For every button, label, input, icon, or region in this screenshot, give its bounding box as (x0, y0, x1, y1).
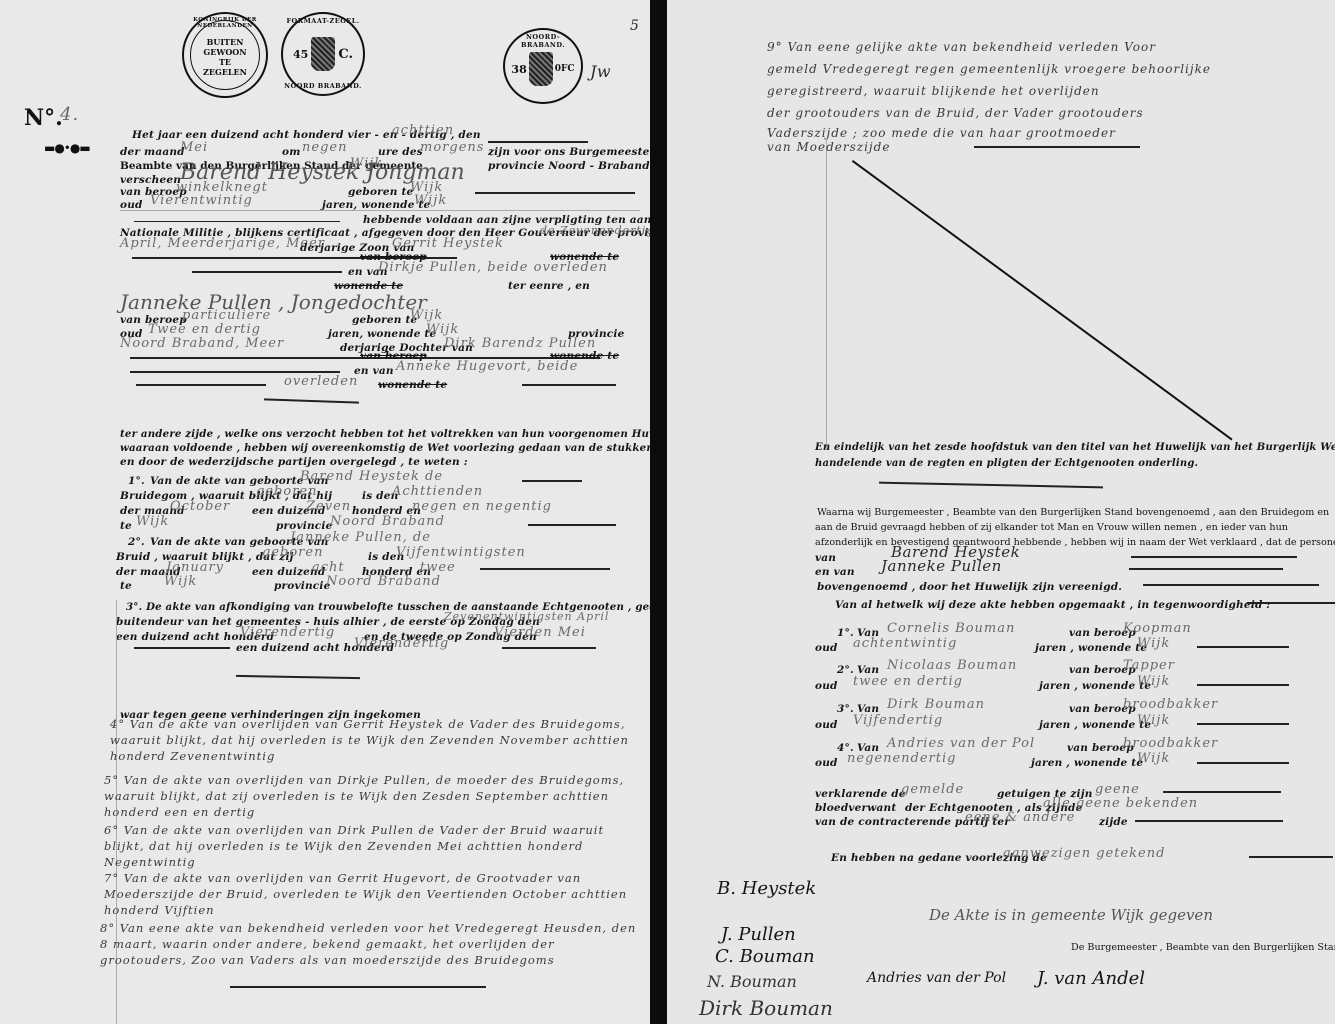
fill-line (136, 384, 266, 386)
bride-age: Twee en dertig (148, 322, 261, 337)
signature-mayor: J. van Andel (1037, 968, 1145, 989)
handwritten-text: negen en negentig (412, 499, 552, 514)
witness-name: Dirk Bouman (887, 697, 985, 712)
item-number: 2°. (128, 536, 145, 548)
handwritten-hour: negen (302, 140, 347, 155)
handwritten-text: eene & andere (965, 810, 1075, 825)
witness-number: 2°. (837, 664, 854, 676)
stamp-value: 45 (293, 48, 308, 61)
bride-father: Dirk Barendz Pullen (444, 336, 596, 351)
ornament-icon: ▬●•●▬ (44, 141, 90, 155)
label: bloedverwant (815, 802, 896, 814)
label: jaren , wonende te (1031, 757, 1143, 769)
signature-witness-3: Dirk Bouman (699, 996, 833, 1020)
witness-age: Vijfendertig (853, 713, 943, 728)
witness-age: achtentwintig (853, 636, 957, 651)
handwritten-text: Noord Braband (330, 514, 445, 529)
handwritten-line: 9° Van eene gelijke akte van bekendheid … (767, 40, 1156, 54)
fill-line (130, 371, 340, 373)
label: jaren, wonende te (328, 328, 436, 340)
fill-line (134, 221, 340, 222)
handwritten-text: Vierendertig (354, 636, 449, 651)
handwritten-item-6: 6° Van de akte van overlijden van Dirk P… (104, 822, 640, 870)
fill-line (522, 480, 582, 482)
handwritten-time: morgens (420, 140, 484, 155)
stamp-buitengewoon-te-zegelen: KONINGRIJK DER NEDERLANDEN BUITEN GEWOON… (182, 12, 268, 98)
groom-mother: Dirkje Pullen, beide overleden (378, 260, 608, 275)
fill-line (1197, 646, 1289, 648)
fill-line (264, 398, 359, 403)
item-text: provincie (274, 580, 330, 592)
signature-witness-4: Andries van der Pol (867, 970, 1006, 986)
handwritten-text: Vierendertig (240, 625, 335, 640)
handwritten-text: overleden (284, 374, 358, 389)
fill-line (1197, 723, 1289, 725)
label: jaren , wonende te (1039, 719, 1151, 731)
label: oud (815, 757, 838, 769)
fill-line (974, 146, 1140, 148)
fill-line (1247, 602, 1335, 604)
stamp-value: 0FC (555, 64, 575, 74)
record-number-label: N°. (24, 105, 63, 131)
label: jaren , wonende te (1035, 642, 1147, 654)
handwritten-month: Mei (180, 140, 208, 155)
label: geboren te (348, 186, 413, 198)
witness-age: twee en dertig (853, 674, 963, 689)
header-line: provincie Noord - Braband , (488, 160, 652, 172)
handwritten-text: Noord Braband, Meer (120, 336, 284, 351)
stamp-ring-text: KONINGRIJK DER NEDERLANDEN (184, 17, 266, 29)
bride-birthplace: Wijk (410, 308, 443, 323)
fill-line (236, 675, 360, 679)
declared-bride: Janneke Pullen (881, 557, 1002, 575)
header-line: ure des (378, 146, 423, 158)
declaration-text: bovengenoemd , door het Huwelijk zijn ve… (817, 581, 1122, 593)
request-text: ter andere zijde , welke ons verzocht he… (120, 428, 652, 440)
witness-number: 1°. (837, 627, 854, 639)
fill-line (528, 524, 616, 526)
handwritten-text: geboren (262, 545, 323, 560)
handwritten-text: de Zevenendertig (540, 224, 652, 237)
witness-residence: Wijk (1137, 713, 1170, 728)
label: ter eenre , en (508, 280, 590, 292)
bride-name: Janneke Pullen , Jongedochter (120, 290, 427, 314)
item-text: te (120, 580, 132, 592)
fill-line (488, 141, 588, 143)
fill-line (502, 647, 596, 649)
label: zijde (1099, 816, 1128, 828)
handwritten-text: acht (312, 560, 345, 575)
handwritten-text: aanwezigen getekend (1003, 846, 1165, 861)
bride-residence: Wijk (426, 322, 459, 337)
fill-line (480, 568, 610, 570)
witness-occupation: Koopman (1123, 621, 1192, 636)
handwritten-text: Barend Heystek de (300, 469, 443, 484)
request-text: en door de wederzijdsche partijen overge… (120, 456, 468, 468)
handwritten-text: October (170, 499, 230, 514)
header-line: verscheen (120, 174, 181, 186)
item-text: te (120, 520, 132, 532)
bride-occupation: particuliere (182, 308, 271, 323)
stamp-noord-braband: NOORD-BRABAND. 38 0FC (503, 28, 583, 104)
signature-witness-2: N. Bouman (707, 972, 797, 991)
declaration-text: Waarna wij Burgemeester , Beambte van de… (817, 507, 1329, 518)
fill-line (1249, 856, 1333, 858)
label: en van (354, 365, 394, 377)
stamp-formaat-zegel: FORMAAT-ZEGEL. 45 C. NOORD BRABAND. (281, 12, 365, 96)
handwritten-text: gemelde (901, 782, 964, 797)
handwritten-text: geene (1095, 782, 1140, 797)
handwritten-text: Wijk (164, 574, 197, 589)
handwritten-item-5: 5° Van de akte van overlijden van Dirkje… (104, 772, 640, 820)
record-number: 4. (60, 104, 79, 125)
handwritten-item-7: 7° Van de akte van overlijden van Gerrit… (104, 870, 640, 918)
label: oud (120, 199, 143, 211)
fill-line (522, 384, 616, 386)
fill-line (1135, 820, 1283, 822)
handwritten-text: geboren (256, 484, 317, 499)
label: van (815, 552, 836, 564)
label: oud (815, 719, 838, 731)
declaration-text: aan de Bruid gevraagd hebben of zij elka… (815, 522, 1288, 533)
handwritten-day: achttien (392, 123, 454, 138)
handwritten-text: Zeven (306, 499, 351, 514)
handwritten-line: gemeld Vredegeregt regen gemeentenlijk v… (767, 62, 1211, 76)
groom-residence: Wijk (414, 193, 447, 208)
handwritten-text: Noord Braband (326, 574, 441, 589)
book-gutter (650, 0, 667, 1024)
groom-father: Gerrit Heystek (392, 236, 504, 251)
handwritten-text: Zevenentwintigsten April (444, 610, 609, 623)
fill-line (192, 271, 342, 273)
initials-mark: Jw (590, 62, 611, 81)
witness-residence: Wijk (1137, 751, 1170, 766)
crest-icon (529, 52, 553, 86)
item-number: 1°. (128, 475, 145, 487)
header-line: der maand (120, 146, 185, 158)
fill-line (475, 192, 635, 194)
bride-mother: Anneke Hugevort, beide (396, 359, 578, 374)
handwritten-text: Vierden Mei (494, 625, 586, 640)
label: jaren , wonende te (1039, 680, 1151, 692)
handwritten-text: Wijk (136, 514, 169, 529)
witness-age: negenendertig (847, 751, 956, 766)
handwritten-text: Vijfentwintigsten (396, 545, 526, 560)
witness-residence: Wijk (1137, 636, 1170, 651)
handwritten-text: twee (420, 560, 456, 575)
handwritten-item-8: 8° Van eene akte van bekendheid verleden… (100, 920, 640, 968)
handwritten-line: Vaderszijde ; zoo mede die van haar groo… (767, 126, 1116, 140)
request-text: waaraan voldoende , hebben wij overeenko… (120, 442, 652, 454)
final-clause: En eindelijk van het zesde hoofdstuk van… (815, 442, 1335, 453)
right-page: 9° Van eene gelijke akte van bekendheid … (667, 0, 1335, 1024)
witness-name: Nicolaas Bouman (887, 658, 1017, 673)
handwritten-text: Janneke Pullen, de (290, 530, 431, 545)
groom-age: Vierentwintig (150, 193, 253, 208)
fill-line (1143, 584, 1319, 586)
witness-name: Cornelis Bouman (887, 621, 1015, 636)
final-clause: handelende van de regten en pligten der … (815, 458, 1198, 469)
stamp-ring-text: FORMAAT-ZEGEL. (283, 17, 363, 25)
label: oud (815, 680, 838, 692)
handwritten-line: van Moederszijde (767, 140, 890, 154)
handwritten-text: January (166, 560, 224, 575)
label: wonende te (378, 379, 447, 391)
fill-line (230, 986, 486, 988)
witness-occupation: Tapper (1123, 658, 1175, 673)
fill-line (879, 482, 1103, 488)
signature-bride: J. Pullen (721, 924, 796, 945)
witness-occupation: broodbakker (1123, 736, 1218, 751)
mayor-title: De Burgemeester , Beambte van den Burger… (1071, 942, 1335, 953)
handwritten-line: geregistreerd, waaruit blijkende het ove… (767, 84, 1100, 98)
handwritten-line: der grootouders van de Bruid, der Vader … (767, 106, 1144, 120)
signature-note: De Akte is in gemeente Wijk gegeven (929, 906, 1213, 924)
label: en van (815, 566, 855, 578)
stamp-value: C. (338, 47, 353, 62)
witness-occupation: broodbakker (1123, 697, 1218, 712)
stamp-ring-text: NOORD-BRABAND. (505, 33, 581, 49)
margin-line (826, 140, 827, 450)
handwritten-item-4: 4° Van de akte van overlijden van Gerrit… (110, 716, 640, 764)
handwritten-text: Achttienden (392, 484, 483, 499)
witness-number: 3°. (837, 703, 854, 715)
witness-residence: Wijk (1137, 674, 1170, 689)
header-line: zijn voor ons Burgemeester , (488, 146, 652, 158)
fill-line (1197, 684, 1289, 686)
handwritten-text: alle geene bekenden (1043, 796, 1198, 811)
fill-line (1163, 791, 1281, 793)
stamp-ring-text: NOORD BRABAND. (283, 82, 363, 90)
fill-line (1131, 556, 1297, 558)
header-line: om (282, 146, 301, 158)
label: oud (815, 642, 838, 654)
crest-icon (311, 37, 335, 71)
stamp-value: 38 (511, 63, 526, 76)
page-number: 5 (630, 18, 639, 34)
fill-line (1197, 762, 1289, 764)
signature-groom: B. Heystek (717, 878, 816, 899)
handwritten-text: April, Meerderjarige, Meer (120, 236, 325, 251)
label: geboren te (352, 314, 417, 326)
witness-intro: Van al hetwelk wij deze akte hebben opge… (835, 599, 1270, 611)
fill-line (1129, 568, 1283, 570)
fill-line (134, 647, 230, 649)
witness-name: Andries van der Pol (887, 736, 1035, 751)
label: verklarende de (815, 788, 906, 800)
left-page: KONINGRIJK DER NEDERLANDEN BUITEN GEWOON… (0, 0, 652, 1024)
signature-witness-1: C. Bouman (715, 946, 815, 967)
